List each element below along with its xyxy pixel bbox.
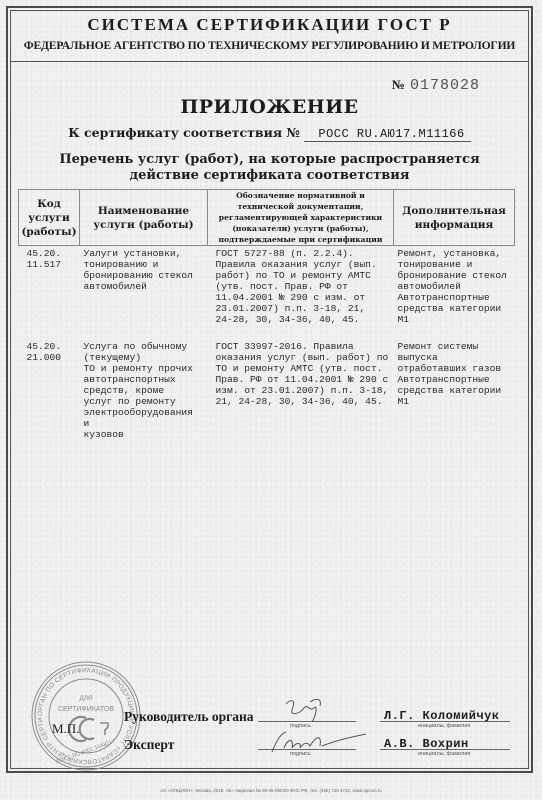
stamp-center-line1: ДЛЯ bbox=[79, 695, 93, 702]
number-sign: № bbox=[392, 77, 406, 92]
certificate-reference: К сертификату соответствия № РОСС RU.АЮ1… bbox=[10, 125, 529, 141]
table-header-row: Код услуги (работы) Наименование услуги … bbox=[19, 190, 515, 246]
stamp-place-mark: М.П. bbox=[52, 721, 79, 737]
page-title: ПРИЛОЖЕНИЕ bbox=[10, 96, 529, 118]
stamp-center-line2: СЕРТИФИКАТОВ bbox=[58, 706, 114, 713]
cell-code: 45.20. 11.517 bbox=[19, 246, 80, 340]
head-signature-scribble bbox=[278, 694, 338, 722]
agency-name: ФЕДЕРАЛЬНОЕ АГЕНТСТВО ПО ТЕХНИЧЕСКОМУ РЕ… bbox=[10, 39, 529, 52]
list-title: Перечень услуг (работ), на которые распр… bbox=[10, 152, 529, 184]
cell-normative-docs: ГОСТ 33997-2016. Правила оказания услуг … bbox=[208, 339, 394, 454]
cell-additional-info: Ремонт системы выпуска отработавших газо… bbox=[394, 339, 515, 454]
expert-name-caption: инициалы, фамилия bbox=[418, 751, 470, 757]
head-name-caption: инициалы, фамилия bbox=[418, 723, 470, 729]
cell-additional-info: Ремонт, установка, тонирование и брониро… bbox=[394, 246, 515, 340]
head-name: Л.Г. Коломийчук bbox=[384, 709, 500, 723]
expert-signature-scribble bbox=[262, 728, 372, 756]
cell-code: 45.20. 21.000 bbox=[19, 339, 80, 454]
cell-normative-docs: ГОСТ 5727-88 (п. 2.2.4). Правила оказани… bbox=[208, 246, 394, 340]
certificate-number: РОСС RU.АЮ17.М11166 bbox=[304, 127, 470, 142]
header-additional-info: Дополнительная информация bbox=[394, 190, 515, 246]
certificate-label: К сертификату соответствия № bbox=[68, 125, 300, 140]
head-label: Руководитель органа bbox=[124, 709, 254, 725]
expert-label: Эксперт bbox=[124, 737, 174, 753]
expert-name: А.В. Вохрин bbox=[384, 737, 469, 751]
table-row: 45.20. 11.517 Уалуги установки, тонирова… bbox=[19, 246, 515, 340]
table-row: 45.20. 21.000 Услуга по обычному (текуще… bbox=[19, 339, 515, 454]
print-note: АО «ОПЦИОН», Москва, 2018, «Б» лицензия … bbox=[0, 788, 542, 793]
header-divider bbox=[10, 61, 529, 62]
cell-name: Услуга по обычному (текущему) ТО и ремон… bbox=[80, 339, 208, 454]
form-number: №0178028 bbox=[392, 77, 480, 94]
services-table: Код услуги (работы) Наименование услуги … bbox=[18, 189, 515, 454]
list-title-line1: Перечень услуг (работ), на которые распр… bbox=[10, 152, 529, 168]
form-number-value: 0178028 bbox=[410, 77, 480, 94]
cell-name: Уалуги установки, тонированию и брониров… bbox=[80, 246, 208, 340]
header-name: Наименование услуги (работы) bbox=[80, 190, 208, 246]
system-title: СИСТЕМА СЕРТИФИКАЦИИ ГОСТ Р bbox=[10, 15, 529, 35]
list-title-line2: действие сертификата соответствия bbox=[10, 168, 529, 184]
header-normative-docs: Обозначение нормативной и технической до… bbox=[208, 190, 394, 246]
header-code: Код услуги (работы) bbox=[19, 190, 80, 246]
